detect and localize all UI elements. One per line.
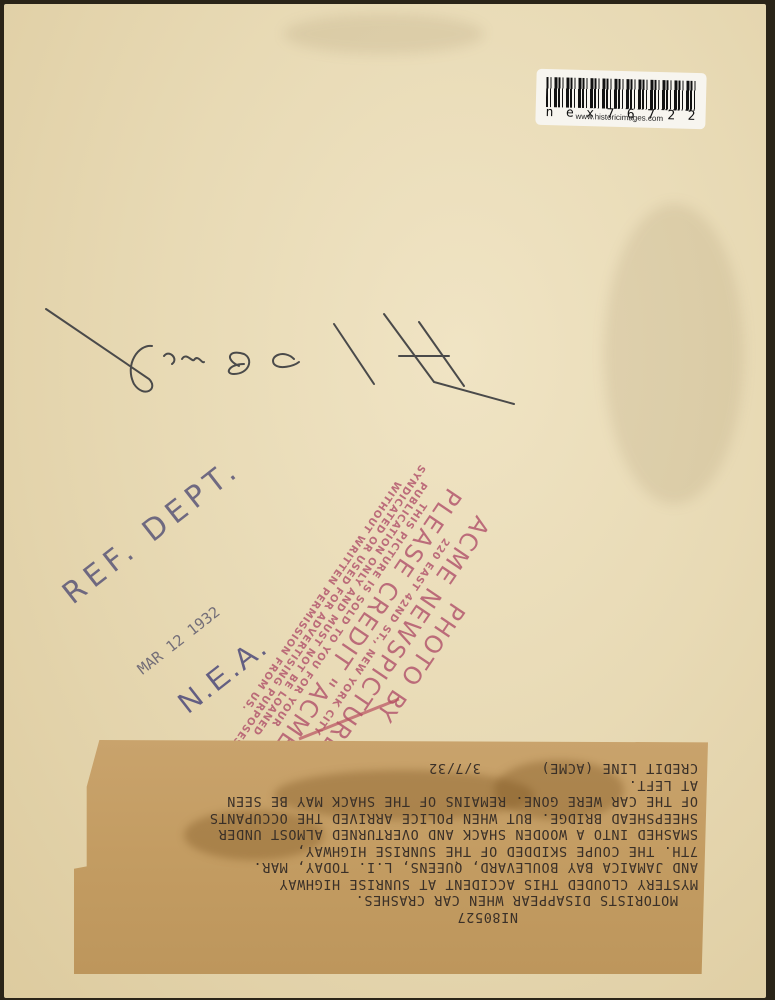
smudge <box>284 14 484 54</box>
barcode-char: n <box>545 105 553 120</box>
caption-line: 7TH. THE COUPE SKIDDED OF THE SUNRISE HI… <box>118 843 698 860</box>
caption-line: AND JAMAICA BAY BOULEVARD, QUEENS, L.I. … <box>118 859 698 876</box>
caption-line: MYSTERY CLOUDED THIS ACCIDENT AT SUNRISE… <box>118 876 698 893</box>
handwritten-pencil-note-icon <box>44 304 524 414</box>
caption-text-mirrored: NI80527 MOTORISTS DISAPPEAR WHEN CAR CRA… <box>118 760 698 925</box>
barcode-label: n e x 7 6 7 2 2 www.historicimages.com <box>535 69 706 129</box>
barcode-char: 2 <box>667 108 675 123</box>
caption-line: SHEEPSHEAD BRIDGE. BUT WHEN POLICE ARRIV… <box>118 810 698 827</box>
caption-slip: NI80527 MOTORISTS DISAPPEAR WHEN CAR CRA… <box>74 740 708 974</box>
barcode-char: 2 <box>687 109 695 124</box>
red-ink-stroke-icon <box>294 694 404 744</box>
caption-line: AT LEFT. <box>118 777 698 794</box>
caption-line: OF THE CAR WERE GONE. REMAINS OF THE SHA… <box>118 793 698 810</box>
caption-credit: CREDIT LINE (ACME) <box>541 760 698 777</box>
ref-dept-stamp: REF. DEPT. <box>56 451 248 611</box>
caption-line: SMASHED INTO A WOODEN SHACK AND OVERTURN… <box>118 826 698 843</box>
caption-date: 3/7/32 <box>429 760 481 777</box>
smudge <box>604 204 744 504</box>
barcode-char: e <box>566 106 574 121</box>
barcode-website: www.historicimages.com <box>575 112 663 123</box>
caption-headline: MOTORISTS DISAPPEAR WHEN CAR CRASHES. <box>118 892 698 909</box>
caption-credit-row: CREDIT LINE (ACME) 3/7/32 <box>118 760 698 777</box>
caption-id: NI80527 <box>118 909 698 926</box>
